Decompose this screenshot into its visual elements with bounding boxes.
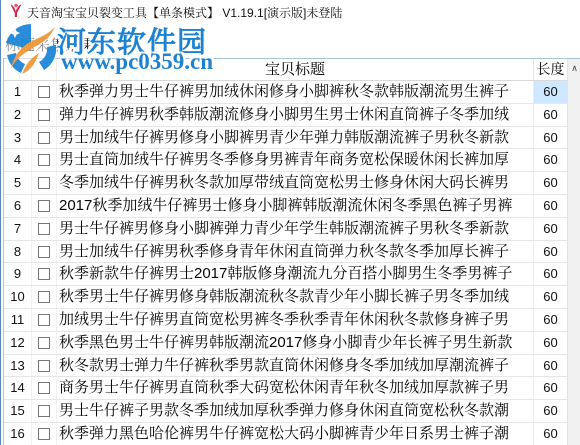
table-row[interactable]: 14商务男士牛仔裤男直筒秋季大码宽松休闲青年秋冬加绒加厚款裤子男60 <box>4 377 567 400</box>
row-checkbox[interactable] <box>38 268 50 280</box>
row-checkbox[interactable] <box>38 86 50 98</box>
results-table: 宝贝标题 长度 1秋季弹力男士牛仔裤男加绒休闲修身小脚裤秋冬款韩版潮流男生裤子6… <box>3 58 580 445</box>
row-index: 16 <box>4 423 32 445</box>
row-title: 秋冬款男士弹力牛仔裤秋季男款直筒休闲修身冬季加绒加厚潮流裤子 <box>57 355 534 377</box>
row-index: 8 <box>4 241 32 263</box>
row-length: 60 <box>534 377 567 399</box>
row-checkbox-cell <box>32 332 57 354</box>
row-checkbox[interactable] <box>38 177 50 189</box>
table-row[interactable]: 10秋季男士牛仔裤男修身韩版潮流秋冬款青少年小脚长裤子男冬季加绒60 <box>4 286 567 309</box>
row-checkbox-cell <box>32 104 57 126</box>
row-checkbox-cell <box>32 149 57 171</box>
row-index: 12 <box>4 332 32 354</box>
row-title: 2017秋季加绒牛仔裤男士修身小脚裤韩版潮流休闲冬季黑色裤子男裤 <box>57 195 534 217</box>
row-title: 男士加绒牛仔裤男秋季修身青年休闲直筒弹力秋冬款冬季加厚长裤子 <box>57 241 534 263</box>
row-length: 60 <box>534 104 567 126</box>
row-checkbox[interactable] <box>38 223 50 235</box>
row-checkbox[interactable] <box>38 132 50 144</box>
header-checkbox-column[interactable] <box>32 59 57 80</box>
row-title: 男士加绒牛仔裤男修身小脚裤男青少年弹力韩版潮流裤子男秋冬新款 <box>57 127 534 149</box>
row-title: 秋季弹力男士牛仔裤男加绒休闲修身小脚裤秋冬款韩版潮流男生裤子 <box>57 81 534 103</box>
row-index: 5 <box>4 172 32 194</box>
row-length: 60 <box>534 195 567 217</box>
header-index-column[interactable] <box>4 59 32 80</box>
table-body: 1秋季弹力男士牛仔裤男加绒休闲修身小脚裤秋冬款韩版潮流男生裤子602弹力牛仔裤男… <box>4 81 567 445</box>
table-row[interactable]: 9秋季新款牛仔裤男士2017韩版修身潮流九分百搭小脚男生冬季男裤子60 <box>4 263 567 286</box>
table-row[interactable]: 2弹力牛仔裤男秋季韩版潮流修身小脚男生男士休闲直筒裤子冬季加绒60 <box>4 104 567 127</box>
row-length: 60 <box>534 400 567 422</box>
row-checkbox[interactable] <box>38 428 50 440</box>
row-title: 男士牛仔裤子男款冬季加绒加厚秋季弹力修身休闲直筒宽松秋冬款潮 <box>57 400 534 422</box>
row-checkbox[interactable] <box>38 337 50 349</box>
row-length: 60 <box>534 241 567 263</box>
row-index: 3 <box>4 127 32 149</box>
row-checkbox-cell <box>32 400 57 422</box>
table-row[interactable]: 12秋季黑色男士牛仔裤男韩版潮流2017修身小脚青少年长裤子男生新款60 <box>4 332 567 355</box>
row-length: 60 <box>534 355 567 377</box>
row-checkbox[interactable] <box>38 291 50 303</box>
row-title: 冬季加绒牛仔裤男秋冬款加厚带绒直筒宽松男士修身休闲大码长裤男 <box>57 172 534 194</box>
row-checkbox-cell <box>32 286 57 308</box>
table-row[interactable]: 4男士直筒加绒牛仔裤男冬季修身男裤青年商务宽松保暖休闲长裤加厚60 <box>4 149 567 172</box>
row-length: 60 <box>534 309 567 331</box>
row-length: 60 <box>534 332 567 354</box>
row-title: 商务男士牛仔裤男直筒秋季大码宽松休闲青年秋冬加绒加厚款裤子男 <box>57 377 534 399</box>
row-title: 秋季新款牛仔裤男士2017韩版修身潮流九分百搭小脚男生冬季男裤子 <box>57 263 534 285</box>
scrollbar-up-arrow-icon[interactable]: ∧ <box>568 61 580 75</box>
header-length-column[interactable]: 长度 <box>534 59 567 80</box>
row-index: 1 <box>4 81 32 103</box>
row-checkbox[interactable] <box>38 200 50 212</box>
row-length: 60 <box>534 81 567 103</box>
table-row[interactable]: 16秋季弹力黑色哈伦裤男牛仔裤宽松大码小脚裤青少年日系男士裤子潮60 <box>4 423 567 445</box>
row-index: 11 <box>4 309 32 331</box>
row-title: 弹力牛仔裤男秋季韩版潮流修身小脚男生男士休闲直筒裤子冬季加绒 <box>57 104 534 126</box>
row-checkbox[interactable] <box>38 154 50 166</box>
table-header: 宝贝标题 长度 <box>4 59 567 81</box>
row-checkbox[interactable] <box>38 246 50 258</box>
row-length: 60 <box>534 218 567 240</box>
row-index: 6 <box>4 195 32 217</box>
row-title: 秋季黑色男士牛仔裤男韩版潮流2017修身小脚青少年长裤子男生新款 <box>57 332 534 354</box>
app-window: 天音淘宝宝贝裂变工具【单条模式】 V1.19.1[演示版]未登陆 标题采集结果 … <box>0 0 580 445</box>
row-length: 60 <box>534 149 567 171</box>
row-checkbox-cell <box>32 195 57 217</box>
row-checkbox-cell <box>32 423 57 445</box>
row-index: 10 <box>4 286 32 308</box>
row-length: 60 <box>534 172 567 194</box>
table-row[interactable]: 5冬季加绒牛仔裤男秋冬款加厚带绒直筒宽松男士修身休闲大码长裤男60 <box>4 172 567 195</box>
header-title-column[interactable]: 宝贝标题 <box>57 59 534 80</box>
row-length: 60 <box>534 423 567 445</box>
row-checkbox[interactable] <box>38 360 50 372</box>
window-title: 天音淘宝宝贝裂变工具【单条模式】 V1.19.1[演示版]未登陆 <box>27 4 342 21</box>
row-checkbox[interactable] <box>38 109 50 121</box>
table-row[interactable]: 7男士牛仔裤男修身小脚裤弹力青少年学生韩版潮流裤子男秋冬季新款60 <box>4 218 567 241</box>
table-row[interactable]: 11加绒男士牛仔裤男直筒宽松男裤冬季秋季青年休闲秋冬款修身裤子男60 <box>4 309 567 332</box>
vertical-scrollbar[interactable]: ∧ <box>567 59 580 445</box>
title-bar: 天音淘宝宝贝裂变工具【单条模式】 V1.19.1[演示版]未登陆 <box>1 0 580 20</box>
row-length: 60 <box>534 127 567 149</box>
table-row[interactable]: 1秋季弹力男士牛仔裤男加绒休闲修身小脚裤秋冬款韩版潮流男生裤子60 <box>4 81 567 104</box>
app-logo-icon <box>9 3 23 18</box>
row-index: 9 <box>4 263 32 285</box>
row-index: 13 <box>4 355 32 377</box>
row-index: 4 <box>4 149 32 171</box>
row-title: 加绒男士牛仔裤男直筒宽松男裤冬季秋季青年休闲秋冬款修身裤子男 <box>57 309 534 331</box>
row-checkbox[interactable] <box>38 405 50 417</box>
table-row[interactable]: 15男士牛仔裤子男款冬季加绒加厚秋季弹力修身休闲直筒宽松秋冬款潮60 <box>4 400 567 423</box>
row-index: 15 <box>4 400 32 422</box>
row-title: 秋季弹力黑色哈伦裤男牛仔裤宽松大码小脚裤青少年日系男士裤子潮 <box>57 423 534 445</box>
table-row[interactable]: 3男士加绒牛仔裤男修身小脚裤男青少年弹力韩版潮流裤子男秋冬新款60 <box>4 127 567 150</box>
row-index: 14 <box>4 377 32 399</box>
row-checkbox-cell <box>32 241 57 263</box>
row-checkbox-cell <box>32 309 57 331</box>
row-index: 2 <box>4 104 32 126</box>
row-checkbox[interactable] <box>38 382 50 394</box>
row-checkbox-cell <box>32 172 57 194</box>
row-checkbox-cell <box>32 218 57 240</box>
row-checkbox-cell <box>32 81 57 103</box>
row-title: 男士牛仔裤男修身小脚裤弹力青少年学生韩版潮流裤子男秋冬季新款 <box>57 218 534 240</box>
row-title: 男士直筒加绒牛仔裤男冬季修身男裤青年商务宽松保暖休闲长裤加厚 <box>57 149 534 171</box>
row-title: 秋季男士牛仔裤男修身韩版潮流秋冬款青少年小脚长裤子男冬季加绒 <box>57 286 534 308</box>
row-checkbox[interactable] <box>38 314 50 326</box>
section-label: 标题采集结果 <box>5 34 95 55</box>
row-checkbox-cell <box>32 377 57 399</box>
row-index: 7 <box>4 218 32 240</box>
row-checkbox-cell <box>32 127 57 149</box>
row-length: 60 <box>534 286 567 308</box>
row-checkbox-cell <box>32 355 57 377</box>
table-row[interactable]: 8男士加绒牛仔裤男秋季修身青年休闲直筒弹力秋冬款冬季加厚长裤子60 <box>4 241 567 264</box>
table-row[interactable]: 62017秋季加绒牛仔裤男士修身小脚裤韩版潮流休闲冬季黑色裤子男裤60 <box>4 195 567 218</box>
table-row[interactable]: 13秋冬款男士弹力牛仔裤秋季男款直筒休闲修身冬季加绒加厚潮流裤子60 <box>4 355 567 378</box>
row-checkbox-cell <box>32 263 57 285</box>
row-length: 60 <box>534 263 567 285</box>
